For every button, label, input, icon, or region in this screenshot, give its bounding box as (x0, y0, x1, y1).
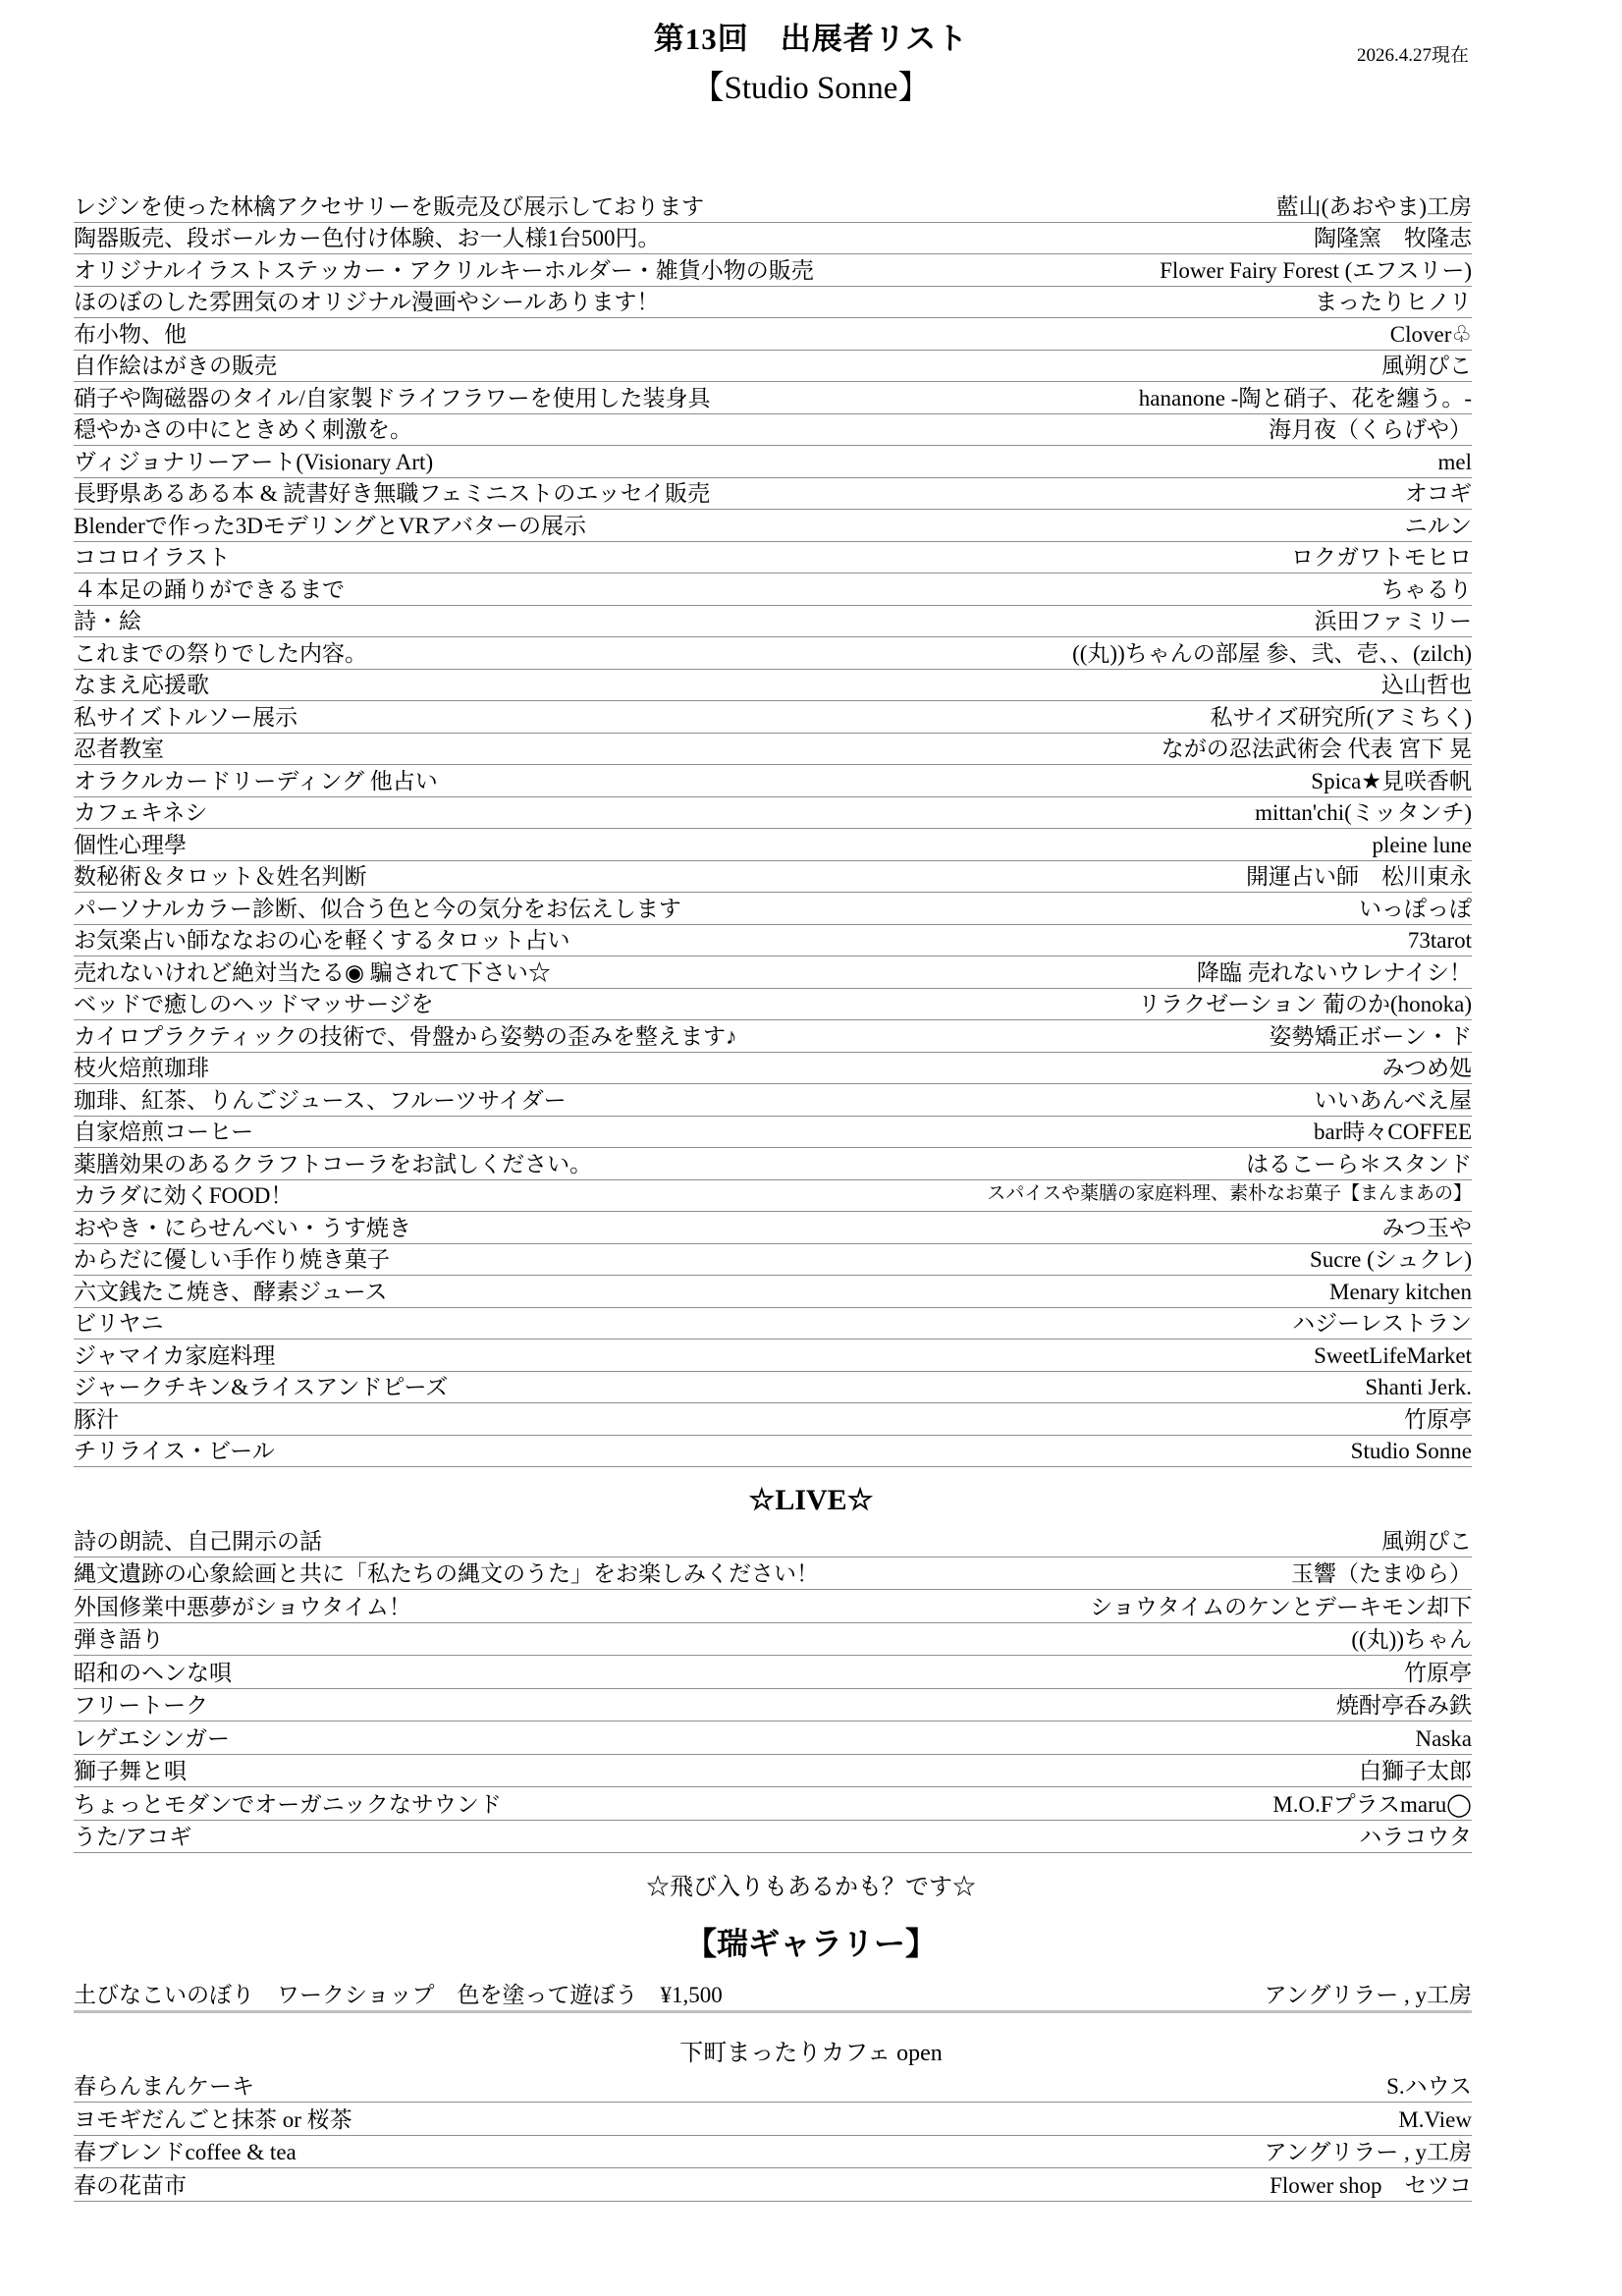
exhibitor-name: ショウタイムのケンとデーキモン却下 (1090, 1594, 1472, 1622)
list-item: 布小物、他Clover♧ (74, 318, 1472, 351)
exhibitor-name: 風朔ぴこ (1381, 1528, 1472, 1557)
list-item: なまえ応援歌込山哲也 (74, 670, 1472, 702)
exhibitor-name: mittan'chi(ミッタンチ) (1255, 799, 1472, 828)
exhibit-description: 弾き語り (74, 1626, 164, 1655)
list-item: うた/アコギハラコウタ (74, 1821, 1472, 1854)
list-item: ほのぼのした雰囲気のオリジナル漫画やシールあります！まったりヒノリ (74, 287, 1472, 319)
exhibit-description: 硝子や陶磁器のタイル/自家製ドライフラワーを使用した装身具 (74, 385, 711, 413)
list-item: 昭和のヘンな唄竹原亭 (74, 1656, 1472, 1689)
exhibit-description: おやき・にらせんべい・うす焼き (74, 1215, 411, 1243)
exhibitor-name: ちゃるり (1381, 576, 1472, 605)
exhibitor-name: mel (1438, 449, 1473, 477)
list-item: 珈琲、紅茶、りんごジュース、フルーツサイダーいいあんべえ屋 (74, 1084, 1472, 1117)
exhibit-description: 縄文遺跡の心象絵画と共に「私たちの縄文のうた」をお楽しみください！ (74, 1560, 819, 1589)
exhibitor-name: M.O.Fプラスmaru◯ (1272, 1791, 1472, 1820)
exhibitor-name: Flower Fairy Forest (エフスリー) (1160, 257, 1472, 286)
list-item: 詩・絵浜田ファミリー (74, 606, 1472, 638)
exhibitor-name: 私サイズ研究所(アミちく) (1211, 704, 1472, 733)
exhibit-description: レゲエシンガー (74, 1725, 230, 1754)
exhibit-description: うた/アコギ (74, 1824, 191, 1852)
exhibit-description: 獅子舞と唄 (74, 1758, 187, 1786)
exhibitor-name: アングリラー , y工房 (1265, 2139, 1472, 2167)
list-item: オラクルカードリーディング 他占いSpica★見咲香帆 (74, 765, 1472, 797)
exhibit-description: これまでの祭りでした内容。 (74, 640, 367, 669)
exhibitor-name: 姿勢矯正ボーン・ド (1269, 1023, 1472, 1052)
list-item: 硝子や陶磁器のタイル/自家製ドライフラワーを使用した装身具hananone -陶… (74, 382, 1472, 414)
exhibitor-name: 竹原亭 (1404, 1406, 1472, 1435)
list-item: チリライス・ビールStudio Sonne (74, 1436, 1472, 1468)
list-item: 陶器販売、段ボールカー色付け体験、お一人様1台500円。陶隆窯 牧隆志 (74, 223, 1472, 255)
list-item: ココロイラストロクガワトモヒロ (74, 542, 1472, 574)
list-item: パーソナルカラー診断、似合う色と今の気分をお伝えしますいっぽっぽ (74, 893, 1472, 925)
date-note: 2026.4.27現在 (1357, 45, 1469, 67)
exhibitor-name: Naska (1416, 1725, 1472, 1754)
list-item: 忍者教室ながの忍法武術会 代表 宮下 晃 (74, 734, 1472, 766)
exhibitor-name: bar時々COFFEE (1314, 1119, 1472, 1147)
exhibitor-name: スパイスや薬膳の家庭料理、素朴なお菓子【まんまあの】 (987, 1180, 1472, 1211)
exhibitor-name: 海月夜（くらげや） (1269, 416, 1472, 445)
list-item: 穏やかさの中にときめく刺激を。海月夜（くらげや） (74, 414, 1472, 447)
exhibit-description: 土びなこいのぼり ワークショップ 色を塗って遊ぼう ¥1,500 (74, 1982, 723, 2010)
exhibitor-name: ロクガワトモヒロ (1291, 544, 1472, 573)
studio-sonne-list: レジンを使った林檎アクセサリーを販売及び展示しております藍山(あおやま)工房陶器… (74, 191, 1472, 1467)
exhibit-description: 薬膳効果のあるクラフトコーラをお試しください。 (74, 1151, 592, 1179)
list-item: 春ブレンドcoffee & teaアングリラー , y工房 (74, 2136, 1472, 2169)
exhibit-description: 自作絵はがきの販売 (74, 353, 277, 381)
exhibitor-name: 焼酎亭呑み鉄 (1336, 1692, 1472, 1721)
exhibit-description: 自家焙煎コーヒー (74, 1119, 253, 1147)
exhibit-description: Blenderで作った3DモデリングとVRアバターの展示 (74, 513, 586, 541)
exhibit-description: 枝火焙煎珈琲 (74, 1055, 209, 1083)
exhibit-description: 詩の朗読、自己開示の話 (74, 1528, 322, 1557)
exhibitor-name: いいあんべえ屋 (1314, 1087, 1472, 1116)
exhibitor-name: SweetLifeMarket (1314, 1342, 1472, 1371)
exhibitor-name: Studio Sonne (1351, 1438, 1472, 1466)
exhibit-description: 六文銭たこ焼き、酵素ジュース (74, 1279, 387, 1307)
exhibitor-name: Clover♧ (1390, 321, 1472, 350)
exhibit-description: チリライス・ビール (74, 1438, 275, 1466)
list-item: レジンを使った林檎アクセサリーを販売及び展示しております藍山(あおやま)工房 (74, 191, 1472, 223)
exhibit-description: ヨモギだんごと抹茶 or 桜茶 (74, 2106, 352, 2135)
exhibitor-name: リラクゼーション 葡のか(honoka) (1138, 991, 1472, 1019)
list-item: オリジナルイラストステッカー・アクリルキーホルダー・雑貨小物の販売Flower … (74, 254, 1472, 287)
list-item: 外国修業中悪夢がショウタイム！ショウタイムのケンとデーキモン却下 (74, 1590, 1472, 1623)
exhibitor-name: 藍山(あおやま)工房 (1276, 193, 1472, 222)
exhibit-description: お気楽占い師ななおの心を軽くするタロット占い (74, 927, 570, 956)
list-item: ４本足の踊りができるまでちゃるり (74, 574, 1472, 606)
exhibitor-name: hananone -陶と硝子、花を纏う。- (1139, 385, 1472, 413)
list-item: ヴィジョナリーアート(Visionary Art)mel (74, 446, 1472, 478)
exhibitor-name: Shanti Jerk. (1365, 1374, 1472, 1402)
exhibitor-name: 玉響（たまゆら） (1291, 1560, 1472, 1589)
exhibitor-name: まったりヒノリ (1315, 289, 1472, 317)
list-item: 詩の朗読、自己開示の話風朔ぴこ (74, 1524, 1472, 1558)
exhibitor-name: ((丸))ちゃん (1351, 1626, 1472, 1655)
exhibit-description: パーソナルカラー診断、似合う色と今の気分をお伝えします (74, 896, 681, 924)
exhibit-description: 数秘術＆タロット＆姓名判断 (74, 863, 367, 892)
list-item: 私サイズトルソー展示私サイズ研究所(アミちく) (74, 701, 1472, 734)
cafe-list: 春らんまんケーキS.ハウスヨモギだんごと抹茶 or 桜茶M.View春ブレンドc… (74, 2070, 1472, 2202)
list-item: フリートーク焼酎亭呑み鉄 (74, 1689, 1472, 1722)
exhibit-description: 詩・絵 (74, 608, 141, 636)
exhibitor-name: ((丸))ちゃんの部屋 参、弐、壱、、(zilch) (1072, 640, 1472, 669)
list-item: 売れないけれど絶対当たる◉ 騙されて下さい☆降臨 売れないウレナイシ！ (74, 957, 1472, 989)
exhibit-description: 陶器販売、段ボールカー色付け体験、お一人様1台500円。 (74, 225, 661, 253)
exhibit-description: ジャマイカ家庭料理 (74, 1342, 275, 1371)
exhibit-description: なまえ応援歌 (74, 672, 209, 700)
exhibitor-name: Sucre (シュクレ) (1310, 1246, 1472, 1275)
live-list: 詩の朗読、自己開示の話風朔ぴこ縄文遺跡の心象絵画と共に「私たちの縄文のうた」をお… (74, 1524, 1472, 1853)
exhibit-description: 春らんまんケーキ (74, 2073, 254, 2102)
list-item: 獅子舞と唄白獅子太郎 (74, 1755, 1472, 1788)
exhibitor-name: Spica★見咲香帆 (1311, 768, 1472, 796)
list-item: レゲエシンガーNaska (74, 1722, 1472, 1755)
exhibit-description: ベッドで癒しのヘッドマッサージを (74, 991, 434, 1019)
list-item: ジャークチキン&ライスアンドピーズShanti Jerk. (74, 1372, 1472, 1404)
list-item: 縄文遺跡の心象絵画と共に「私たちの縄文のうた」をお楽しみください！玉響（たまゆら… (74, 1558, 1472, 1591)
exhibit-description: 春ブレンドcoffee & tea (74, 2139, 297, 2167)
list-item: ヨモギだんごと抹茶 or 桜茶M.View (74, 2103, 1472, 2136)
list-item: ベッドで癒しのヘッドマッサージをリラクゼーション 葡のか(honoka) (74, 989, 1472, 1021)
exhibit-description: 個性心理學 (74, 832, 187, 860)
exhibit-description: カラダに効くFOOD！ (74, 1182, 293, 1211)
exhibit-description: 穏やかさの中にときめく刺激を。 (74, 416, 412, 445)
live-footnote: ☆飛び入りもあるかも？です☆ (0, 1873, 1622, 1902)
list-item: 春の花苗市Flower shop セツコ (74, 2168, 1472, 2202)
exhibit-description: ほのぼのした雰囲気のオリジナル漫画やシールあります！ (74, 289, 659, 317)
exhibitor-name: ニルン (1405, 513, 1472, 541)
exhibitor-name: アングリラー , y工房 (1265, 1982, 1472, 2010)
list-item: 春らんまんケーキS.ハウス (74, 2070, 1472, 2104)
exhibit-description: 外国修業中悪夢がショウタイム！ (74, 1594, 411, 1622)
exhibit-description: 春の花苗市 (74, 2172, 187, 2201)
exhibit-description: 布小物、他 (74, 321, 187, 350)
exhibit-description: ジャークチキン&ライスアンドピーズ (74, 1374, 448, 1402)
section-heading-studio-sonne: 【Studio Sonne】 (0, 67, 1622, 110)
list-item: カフェキネシmittan'chi(ミッタンチ) (74, 797, 1472, 830)
exhibitor-name: 浜田ファミリー (1314, 608, 1472, 636)
exhibitor-name: 白獅子太郎 (1359, 1758, 1472, 1786)
exhibitor-list-page: 第13回 出展者リスト 2026.4.27現在 【Studio Sonne】 レ… (0, 0, 1622, 2296)
section-heading-live: ☆LIVE☆ (0, 1481, 1622, 1520)
list-item: 自作絵はがきの販売風朔ぴこ (74, 351, 1472, 383)
list-item: 個性心理學pleine lune (74, 829, 1472, 861)
exhibitor-name: 73tarot (1408, 927, 1472, 956)
exhibitor-name: M.View (1398, 2106, 1472, 2135)
gallery-list: 土びなこいのぼり ワークショップ 色を塗って遊ぼう ¥1,500アングリラー ,… (74, 1981, 1472, 2013)
exhibitor-name: ハジーレストラン (1292, 1310, 1472, 1339)
list-item: 六文銭たこ焼き、酵素ジュースMenary kitchen (74, 1276, 1472, 1308)
exhibit-description: レジンを使った林檎アクセサリーを販売及び展示しております (74, 193, 704, 222)
exhibitor-name: ハラコウタ (1359, 1824, 1472, 1852)
section-heading-gallery: 【瑞ギャラリー】 (0, 1924, 1622, 1963)
exhibit-description: 長野県あるある本 & 読書好き無職フェミニストのエッセイ販売 (74, 480, 710, 509)
exhibitor-name: みつ玉や (1381, 1215, 1472, 1243)
exhibitor-name: S.ハウス (1386, 2073, 1472, 2102)
list-item: お気楽占い師ななおの心を軽くするタロット占い73tarot (74, 925, 1472, 957)
exhibitor-name: pleine lune (1372, 832, 1472, 860)
exhibitor-name: Menary kitchen (1329, 1279, 1472, 1307)
exhibit-description: ココロイラスト (74, 544, 231, 573)
exhibit-description: カフェキネシ (74, 799, 207, 828)
list-item: 土びなこいのぼり ワークショップ 色を塗って遊ぼう ¥1,500アングリラー ,… (74, 1981, 1472, 2013)
list-item: 枝火焙煎珈琲みつめ処 (74, 1053, 1472, 1085)
exhibitor-name: Flower shop セツコ (1270, 2172, 1472, 2201)
list-item: ちょっとモダンでオーガニックなサウンドM.O.Fプラスmaru◯ (74, 1787, 1472, 1821)
exhibitor-name: はるこーら＊スタンド (1246, 1151, 1472, 1179)
exhibitor-name: 降臨 売れないウレナイシ！ (1197, 959, 1472, 988)
exhibitor-name: ながの忍法武術会 代表 宮下 晃 (1162, 736, 1472, 764)
exhibit-description: からだに優しい手作り焼き菓子 (74, 1246, 390, 1275)
list-item: からだに優しい手作り焼き菓子Sucre (シュクレ) (74, 1244, 1472, 1277)
list-item: これまでの祭りでした内容。((丸))ちゃんの部屋 参、弐、壱、、(zilch) (74, 637, 1472, 670)
list-item: 自家焙煎コーヒーbar時々COFFEE (74, 1117, 1472, 1149)
exhibitor-name: 陶隆窯 牧隆志 (1314, 225, 1472, 253)
exhibitor-name: 竹原亭 (1404, 1660, 1472, 1688)
exhibitor-name: みつめ処 (1381, 1055, 1472, 1083)
exhibit-description: ４本足の踊りができるまで (74, 576, 345, 605)
list-item: ビリヤニハジーレストラン (74, 1308, 1472, 1340)
exhibit-description: ビリヤニ (74, 1310, 164, 1339)
list-item: 長野県あるある本 & 読書好き無職フェミニストのエッセイ販売オコギ (74, 478, 1472, 511)
list-item: 弾き語り((丸))ちゃん (74, 1623, 1472, 1657)
exhibitor-name: いっぽっぽ (1359, 896, 1472, 924)
exhibitor-name: 込山哲也 (1381, 672, 1472, 700)
exhibit-description: 豚汁 (74, 1406, 119, 1435)
list-item: ジャマイカ家庭料理SweetLifeMarket (74, 1339, 1472, 1372)
exhibit-description: ヴィジョナリーアート(Visionary Art) (74, 449, 433, 477)
exhibit-description: 昭和のヘンな唄 (74, 1660, 232, 1688)
exhibit-description: カイロプラクティックの技術で、骨盤から姿勢の歪みを整えます♪ (74, 1023, 737, 1052)
exhibitor-name: 開運占い師 松川東永 (1246, 863, 1472, 892)
exhibit-description: オリジナルイラストステッカー・アクリルキーホルダー・雑貨小物の販売 (74, 257, 814, 286)
exhibit-description: オラクルカードリーディング 他占い (74, 768, 438, 796)
exhibit-description: 珈琲、紅茶、りんごジュース、フルーツサイダー (74, 1087, 567, 1116)
list-item: 数秘術＆タロット＆姓名判断開運占い師 松川東永 (74, 861, 1472, 894)
exhibit-description: 忍者教室 (74, 736, 164, 764)
exhibit-description: 売れないけれど絶対当たる◉ 騙されて下さい☆ (74, 959, 551, 988)
cafe-heading: 下町まったりカフェ open (0, 2039, 1622, 2068)
exhibit-description: ちょっとモダンでオーガニックなサウンド (74, 1791, 502, 1820)
list-item: おやき・にらせんべい・うす焼きみつ玉や (74, 1212, 1472, 1244)
exhibitor-name: オコギ (1405, 480, 1472, 509)
list-item: カラダに効くFOOD！スパイスや薬膳の家庭料理、素朴なお菓子【まんまあの】 (74, 1180, 1472, 1213)
exhibit-description: フリートーク (74, 1692, 208, 1721)
exhibit-description: 私サイズトルソー展示 (74, 704, 297, 733)
list-item: 豚汁竹原亭 (74, 1403, 1472, 1436)
exhibitor-name: 風朔ぴこ (1381, 353, 1472, 381)
list-item: カイロプラクティックの技術で、骨盤から姿勢の歪みを整えます♪姿勢矯正ボーン・ド (74, 1020, 1472, 1053)
list-item: Blenderで作った3DモデリングとVRアバターの展示ニルン (74, 510, 1472, 542)
list-item: 薬膳効果のあるクラフトコーラをお試しください。はるこーら＊スタンド (74, 1148, 1472, 1180)
